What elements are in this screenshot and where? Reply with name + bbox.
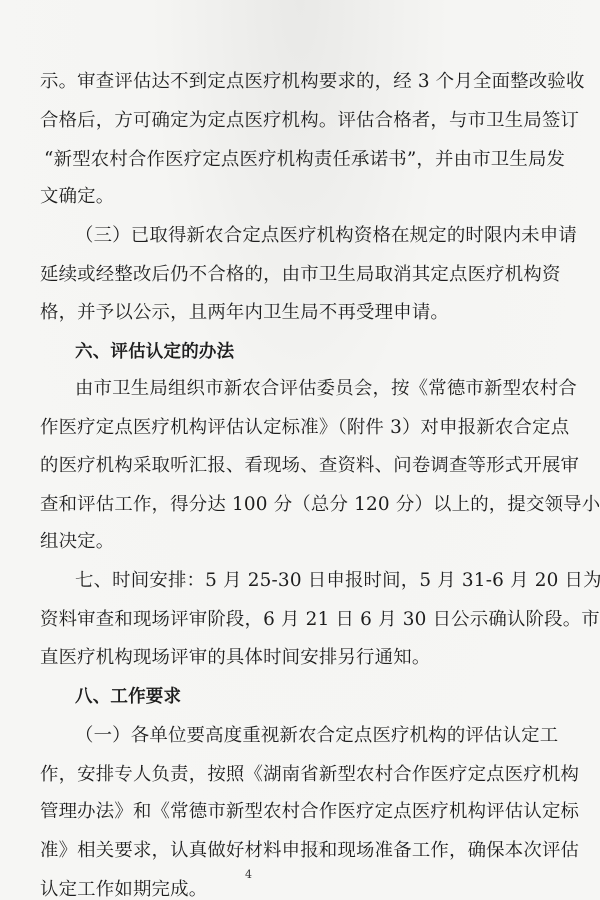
document-page: 示。审查评估达不到定点医疗机构要求的，经 3 个月全面整改验收合格后，方可确定为…: [0, 0, 600, 900]
section-heading: 八、工作要求: [75, 685, 181, 709]
paragraph-line: 组决定。: [40, 530, 114, 554]
page-number: 4: [245, 868, 252, 881]
paragraph-line: 文确定。: [40, 185, 114, 209]
paragraph-line: 查和评估工作，得分达 100 分（总分 120 分）以上的，提交领导小: [40, 493, 600, 517]
paragraph-line: “新型农村合作医疗定点医疗机构责任承诺书”，并由市卫生局发: [44, 148, 565, 172]
paragraph-line: 延续或经整改后仍不合格的，由市卫生局取消其定点医疗机构资: [40, 263, 561, 287]
paragraph-line: 格，并予以公示，且两年内卫生局不再受理申请。: [40, 301, 449, 325]
paragraph-line: 合格后，方可确定为定点医疗机构。评估合格者，与市卫生局签订: [40, 109, 579, 133]
paragraph-line: 资料审查和现场评审阶段，6 月 21 日 6 月 30 日公示确认阶段。市: [40, 608, 600, 632]
paragraph-line: 由市卫生局组织市新农合评估委员会，按《常德市新型农村合: [75, 377, 577, 401]
paragraph-line: 示。审查评估达不到定点医疗机构要求的，经 3 个月全面整改验收: [40, 70, 585, 94]
paragraph-line: 准》相关要求，认真做好材料申报和现场准备工作，确保本次评估: [40, 839, 579, 863]
scan-artifact-mark: [312, 841, 322, 855]
paragraph-line: 直医疗机构现场评审的具体时间安排另行通知。: [40, 646, 430, 670]
paragraph-line: 作医疗定点医疗机构评估认定标准》（附件 3）对申报新农合定点: [40, 416, 569, 440]
section-heading: 六、评估认定的办法: [75, 340, 234, 364]
paragraph-line: 的医疗机构采取听汇报、看现场、查资料、问卷调查等形式开展审: [40, 454, 579, 478]
paragraph-line: 认定工作如期完成。: [40, 878, 207, 900]
paragraph-line: 七、时间安排：5 月 25-30 日申报时间，5 月 31-6 月 20 日为: [75, 569, 600, 593]
paragraph-line: （三）已取得新农合定点医疗机构资格在规定的时限内未申请: [75, 224, 577, 248]
paragraph-line: 管理办法》和《常德市新型农村合作医疗定点医疗机构评估认定标: [40, 800, 579, 824]
paragraph-line: （一）各单位要高度重视新农合定点医疗机构的评估认定工: [75, 724, 558, 748]
paragraph-line: 作，安排专人负责，按照《湖南省新型农村合作医疗定点医疗机构: [40, 763, 579, 787]
